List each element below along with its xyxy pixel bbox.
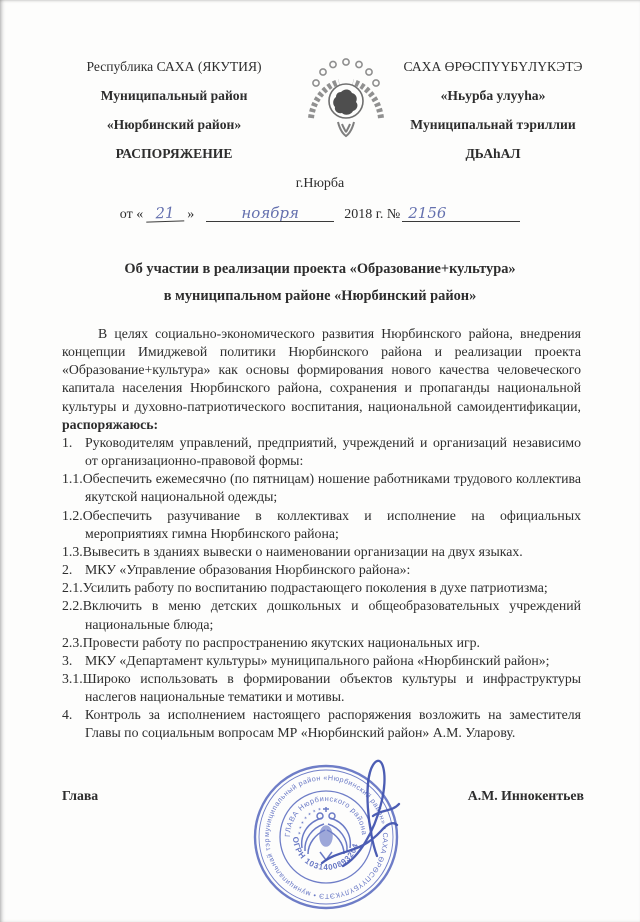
list-item-2-2: 2.2.Включить в меню детских дошкольных и… bbox=[62, 597, 581, 633]
coat-of-arms-container bbox=[298, 52, 394, 168]
official-stamp: муниципальный район «Нюрбинский район» •… bbox=[246, 752, 418, 922]
document-title-line1: Об участии в реализации проекта «Образов… bbox=[0, 256, 640, 283]
item-text: Вывесить в зданиях вывески о наименовани… bbox=[83, 544, 523, 559]
list-item-2: 2.МКУ «Управление образования Нюрбинског… bbox=[62, 561, 581, 579]
emblem-figure bbox=[333, 89, 357, 114]
list-item-1-2: 1.2.Обеспечить разучивание в коллективах… bbox=[62, 507, 581, 543]
stamp-and-signature: муниципальный район «Нюрбинский район» •… bbox=[246, 752, 418, 922]
item-text: МКУ «Управление образования Нюрбинского … bbox=[85, 562, 410, 577]
list-item-3: 3.МКУ «Департамент культуры» муниципальн… bbox=[62, 652, 581, 670]
item-text: Включить в меню детских дошкольных и общ… bbox=[83, 598, 581, 631]
date-close-quote: » bbox=[187, 207, 194, 222]
item-text: Провести работу по распространению якутс… bbox=[83, 635, 480, 650]
list-item-2-3: 2.3.Провести работу по распространению я… bbox=[62, 634, 581, 652]
item-text: Усилить работу по воспитанию подрастающе… bbox=[83, 580, 548, 595]
document-type-sakha: ДЬАһАЛ bbox=[394, 139, 592, 168]
list-item-4: 4.Контроль за исполнением настоящего рас… bbox=[62, 706, 581, 742]
item-text: Руководителям управлений, предприятий, у… bbox=[85, 435, 581, 468]
preamble-paragraph: В целях социально-экономического развити… bbox=[62, 325, 581, 434]
item-number: 1.2. bbox=[62, 508, 83, 523]
handwritten-document-number: 2156 bbox=[402, 206, 520, 222]
list-item-1: 1.Руководителям управлений, предприятий,… bbox=[62, 434, 581, 470]
list-item-1-1: 1.1.Обеспечить ежемесячно (по пятницам) … bbox=[62, 470, 581, 506]
signer-name: А.М. Иннокентьев bbox=[468, 788, 584, 804]
item-number: 4. bbox=[62, 706, 85, 724]
letterhead-russian-column: Республика САХА (ЯКУТИЯ) Муниципальный р… bbox=[50, 52, 298, 168]
date-line: от «21»ноября2018 г. №2156 bbox=[0, 206, 640, 223]
signer-position: Глава bbox=[62, 788, 98, 804]
municipal-formation-sakha: Муниципальнай тэриллии bbox=[394, 110, 592, 139]
scanned-document-page: Республика САХА (ЯКУТИЯ) Муниципальный р… bbox=[0, 0, 640, 922]
item-number: 2. bbox=[62, 561, 85, 579]
item-text: Широко использовать в формировании объек… bbox=[83, 671, 581, 704]
handwritten-day: 21 bbox=[146, 205, 185, 222]
item-text: Обеспечить ежемесячно (по пятницам) ноше… bbox=[83, 471, 581, 504]
coat-of-arms-icon bbox=[303, 56, 389, 154]
handwritten-month: ноября bbox=[206, 206, 334, 222]
list-item-3-1: 3.1.Широко использовать в формировании о… bbox=[62, 670, 581, 706]
item-text: Обеспечить разучивание в коллективах и и… bbox=[83, 508, 581, 541]
list-item-1-3: 1.3.Вывесить в зданиях вывески о наимено… bbox=[62, 543, 581, 561]
decree-verb: распоряжаюсь: bbox=[62, 417, 158, 432]
letterhead-sakha-column: САХА ӨРӨСПҮҮБҮЛҮКЭТЭ «Ньурба улууһа» Мун… bbox=[394, 52, 592, 168]
arc-of-diamonds bbox=[313, 59, 379, 86]
place-line: г.Нюрба bbox=[0, 176, 640, 192]
municipal-district-ru: Муниципальный район bbox=[50, 81, 298, 110]
document-title: Об участии в реализации проекта «Образов… bbox=[0, 256, 640, 310]
item-number: 1.3. bbox=[62, 544, 83, 559]
district-name-ru: «Нюрбинский район» bbox=[50, 110, 298, 139]
list-item-2-1: 2.1.Усилить работу по воспитанию подраст… bbox=[62, 579, 581, 597]
item-number: 2.1. bbox=[62, 580, 83, 595]
district-name-sakha: «Ньурба улууһа» bbox=[394, 81, 592, 110]
document-title-line2: в муниципальном районе «Нюрбинский район… bbox=[0, 283, 640, 310]
document-type-ru: РАСПОРЯЖЕНИЕ bbox=[50, 139, 298, 168]
emblem-tail bbox=[338, 122, 354, 136]
item-number: 1.1. bbox=[62, 471, 83, 486]
item-number: 2.3. bbox=[62, 635, 83, 650]
item-number: 3.1. bbox=[62, 671, 83, 686]
preamble-text: В целях социально-экономического развити… bbox=[62, 326, 581, 414]
republic-name-ru: Республика САХА (ЯКУТИЯ) bbox=[50, 52, 298, 81]
item-number: 3. bbox=[62, 652, 85, 670]
item-number: 2.2. bbox=[62, 598, 83, 613]
letterhead: Республика САХА (ЯКУТИЯ) Муниципальный р… bbox=[50, 52, 592, 168]
item-text: Контроль за исполнением настоящего распо… bbox=[85, 707, 581, 740]
item-number: 1. bbox=[62, 434, 85, 452]
item-text: МКУ «Департамент культуры» муниципальног… bbox=[85, 653, 549, 668]
republic-name-sakha: САХА ӨРӨСПҮҮБҮЛҮКЭТЭ bbox=[394, 52, 592, 81]
date-prefix: от « bbox=[120, 207, 143, 222]
date-year-number-label: 2018 г. № bbox=[344, 207, 400, 222]
document-body: В целях социально-экономического развити… bbox=[62, 325, 581, 743]
